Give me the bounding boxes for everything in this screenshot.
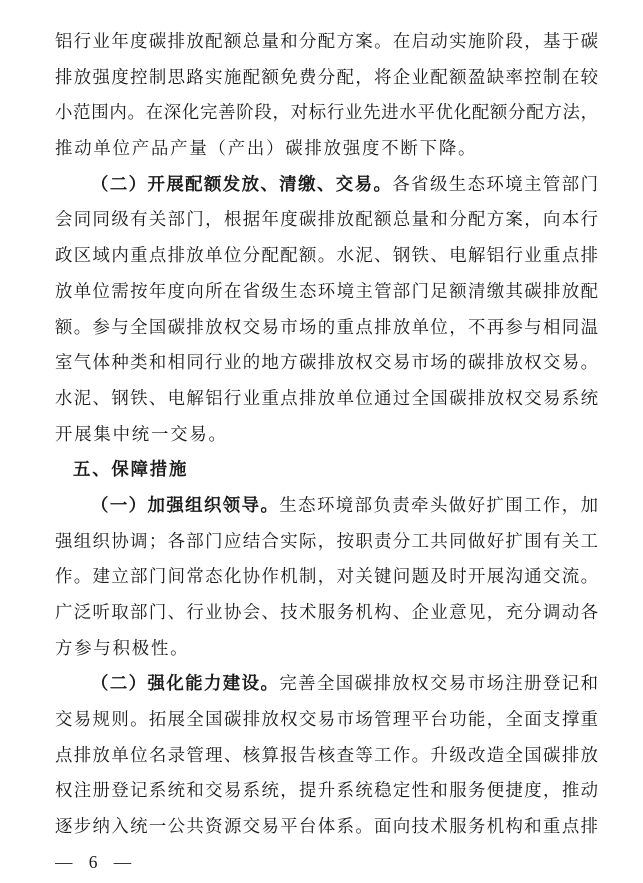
line-text: 小范围内。在深化完善阶段，对标行业先进水平优化配额分配方法， (55, 102, 598, 122)
body-text-line: 作。建立部门间常态化协作机制，对关键问题及时开展沟通交流。 (55, 559, 598, 595)
body-text-line: 小范围内。在深化完善阶段，对标行业先进水平优化配额分配方法， (55, 95, 598, 131)
line-text: 广泛听取部门、行业协会、技术服务机构、企业意见，充分调动各 (55, 602, 598, 622)
document-page: 铝行业年度碳排放配额总量和分配方案。在启动实施阶段，基于碳 排放强度控制思路实施… (0, 0, 643, 883)
body-text-line: 放单位需按年度向所在省级生态环境主管部门足额清缴其碳排放配 (55, 274, 598, 310)
line-text: 额。参与全国碳排放权交易市场的重点排放单位，不再参与相同温 (55, 317, 598, 337)
bold-lead-text: （二）强化能力建设。 (91, 673, 279, 693)
body-text-line: 开展集中统一交易。 (55, 417, 598, 453)
line-text: 各省级生态环境主管部门 (392, 174, 598, 194)
body-text-line: 推动单位产品产量（产出）碳排放强度不断下降。 (55, 131, 598, 167)
line-text: 开展集中统一交易。 (55, 424, 228, 444)
line-text: 逐步纳入统一公共资源交易平台体系。面向技术服务机构和重点排 (55, 816, 598, 836)
bold-lead-text: （二）开展配额发放、清缴、交易。 (91, 174, 392, 194)
line-text: 推动单位产品产量（产出）碳排放强度不断下降。 (55, 138, 477, 158)
body-text-line: 权注册登记系统和交易系统，提升系统稳定性和服务便捷度，推动 (55, 773, 598, 809)
body-text-line: （二）开展配额发放、清缴、交易。各省级生态环境主管部门 (55, 167, 598, 203)
body-text-line: 点排放单位名录管理、核算报告核查等工作。升级改造全国碳排放 (55, 738, 598, 774)
line-text: 点排放单位名录管理、核算报告核查等工作。升级改造全国碳排放 (55, 745, 598, 765)
body-text-line: 铝行业年度碳排放配额总量和分配方案。在启动实施阶段，基于碳 (55, 24, 598, 60)
page-number: — 6 — (55, 845, 598, 881)
body-text-line: 排放强度控制思路实施配额免费分配，将企业配额盈缺率控制在较 (55, 60, 598, 96)
line-text: 会同同级有关部门，根据年度碳排放配额总量和分配方案，向本行 (55, 209, 598, 229)
body-text-line: 方参与积极性。 (55, 631, 598, 667)
body-text-line: 强组织协调；各部门应结合实际，按职责分工共同做好扩围有关工 (55, 524, 598, 560)
line-text: 权注册登记系统和交易系统，提升系统稳定性和服务便捷度，推动 (55, 780, 598, 800)
body-text-line: （二）强化能力建设。完善全国碳排放权交易市场注册登记和 (55, 666, 598, 702)
section-heading: 五、保障措施 (55, 452, 598, 488)
line-text: 放单位需按年度向所在省级生态环境主管部门足额清缴其碳排放配 (55, 281, 598, 301)
line-text: 作。建立部门间常态化协作机制，对关键问题及时开展沟通交流。 (55, 566, 598, 586)
body-text-line: 室气体种类和相同行业的地方碳排放权交易市场的碳排放权交易。 (55, 345, 598, 381)
line-text: 水泥、钢铁、电解铝行业重点排放单位通过全国碳排放权交易系统 (55, 388, 598, 408)
body-text-line: 交易规则。拓展全国碳排放权交易市场管理平台功能，全面支撑重 (55, 702, 598, 738)
line-text: 交易规则。拓展全国碳排放权交易市场管理平台功能，全面支撑重 (55, 709, 598, 729)
body-text-line: （一）加强组织领导。生态环境部负责牵头做好扩围工作，加 (55, 488, 598, 524)
page-number-text: — 6 — (55, 852, 133, 872)
line-text: 生态环境部负责牵头做好扩围工作，加 (279, 495, 598, 515)
body-text-line: 水泥、钢铁、电解铝行业重点排放单位通过全国碳排放权交易系统 (55, 381, 598, 417)
body-text-line: 会同同级有关部门，根据年度碳排放配额总量和分配方案，向本行 (55, 202, 598, 238)
body-text-line: 广泛听取部门、行业协会、技术服务机构、企业意见，充分调动各 (55, 595, 598, 631)
body-text-line: 政区域内重点排放单位分配配额。水泥、钢铁、电解铝行业重点排 (55, 238, 598, 274)
line-text: 政区域内重点排放单位分配配额。水泥、钢铁、电解铝行业重点排 (55, 245, 598, 265)
line-text: 排放强度控制思路实施配额免费分配，将企业配额盈缺率控制在较 (55, 67, 598, 87)
line-text: 强组织协调；各部门应结合实际，按职责分工共同做好扩围有关工 (55, 531, 598, 551)
body-text-line: 逐步纳入统一公共资源交易平台体系。面向技术服务机构和重点排 (55, 809, 598, 845)
document-body: 铝行业年度碳排放配额总量和分配方案。在启动实施阶段，基于碳 排放强度控制思路实施… (55, 24, 598, 881)
bold-lead-text: （一）加强组织领导。 (91, 495, 279, 515)
line-text: 室气体种类和相同行业的地方碳排放权交易市场的碳排放权交易。 (55, 352, 598, 372)
section-heading-text: 五、保障措施 (73, 459, 188, 479)
body-text-line: 额。参与全国碳排放权交易市场的重点排放单位，不再参与相同温 (55, 310, 598, 346)
line-text: 方参与积极性。 (55, 638, 189, 658)
line-text: 完善全国碳排放权交易市场注册登记和 (279, 673, 598, 693)
line-text: 铝行业年度碳排放配额总量和分配方案。在启动实施阶段，基于碳 (55, 31, 598, 51)
